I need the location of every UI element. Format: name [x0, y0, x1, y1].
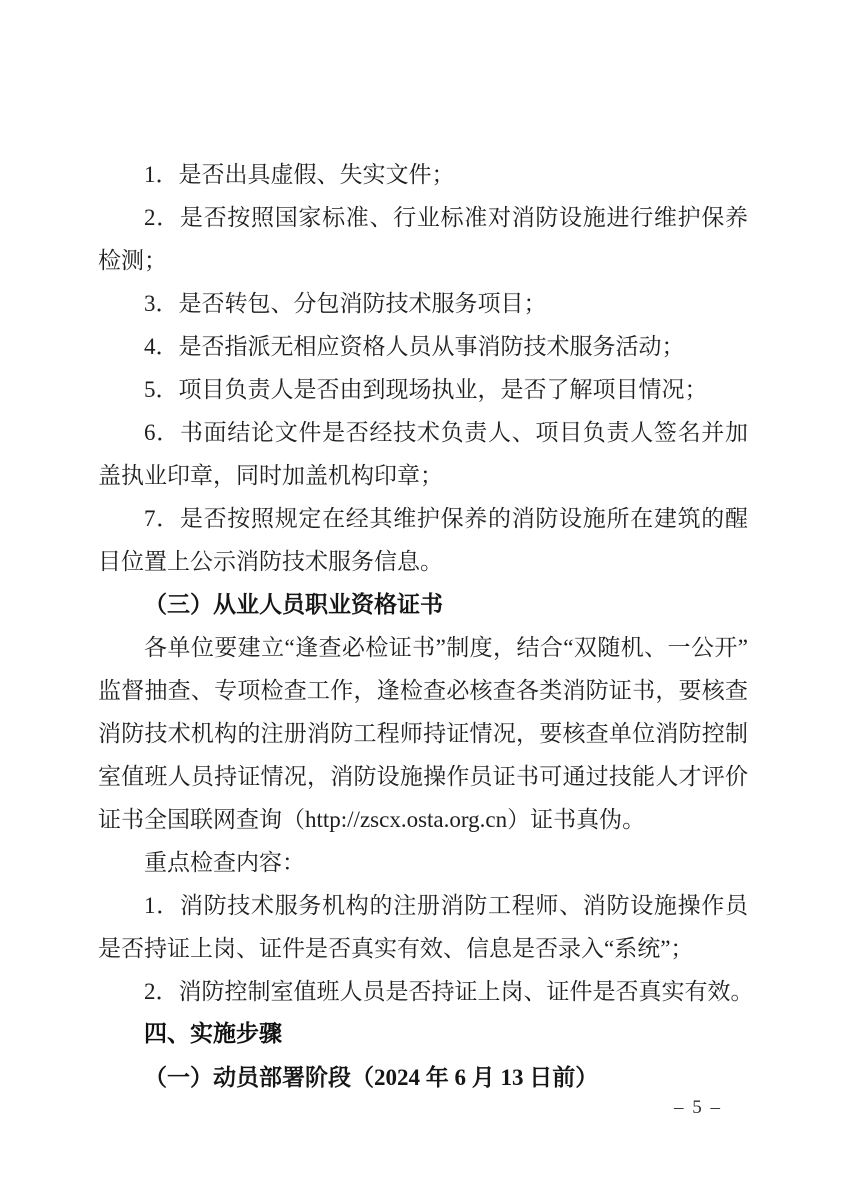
text-line: 3．是否转包、分包消防技术服务项目； [98, 282, 748, 325]
text-line: 4．是否指派无相应资格人员从事消防技术服务活动； [98, 325, 748, 368]
page-number: – 5 – [648, 1096, 748, 1120]
heading-line: （一）动员部署阶段（2024 年 6 月 13 日前） [98, 1056, 748, 1099]
text-line: 监督抽查、专项检查工作，逢检查必核查各类消防证书，要核查 [98, 669, 748, 712]
document-body: 1．是否出具虚假、失实文件；2．是否按照国家标准、行业标准对消防设施进行维护保养… [98, 153, 748, 1099]
text-line: 证书全国联网查询（http://zscx.osta.org.cn）证书真伪。 [98, 798, 748, 841]
text-line: 5．项目负责人是否由到现场执业，是否了解项目情况； [98, 368, 748, 411]
text-line: 消防技术机构的注册消防工程师持证情况，要核查单位消防控制 [98, 712, 748, 755]
text-line: 室值班人员持证情况，消防设施操作员证书可通过技能人才评价 [98, 755, 748, 798]
text-line: 目位置上公示消防技术服务信息。 [98, 540, 748, 583]
text-line: 1．消防技术服务机构的注册消防工程师、消防设施操作员 [98, 884, 748, 927]
text-line: 7．是否按照规定在经其维护保养的消防设施所在建筑的醒 [98, 497, 748, 540]
text-line: 各单位要建立“逢查必检证书”制度，结合“双随机、一公开” [98, 626, 748, 669]
text-line: 盖执业印章，同时加盖机构印章； [98, 454, 748, 497]
text-line: 1．是否出具虚假、失实文件； [98, 153, 748, 196]
text-line: 6．书面结论文件是否经技术负责人、项目负责人签名并加 [98, 411, 748, 454]
text-line: 2．是否按照国家标准、行业标准对消防设施进行维护保养 [98, 196, 748, 239]
text-line: 2．消防控制室值班人员是否持证上岗、证件是否真实有效。 [98, 970, 748, 1013]
document-page: 1．是否出具虚假、失实文件；2．是否按照国家标准、行业标准对消防设施进行维护保养… [0, 0, 850, 1201]
heading-line: （三）从业人员职业资格证书 [98, 583, 748, 626]
text-line: 是否持证上岗、证件是否真实有效、信息是否录入“系统”； [98, 927, 748, 970]
text-line: 检测； [98, 239, 748, 282]
text-line: 重点检查内容： [98, 841, 748, 884]
heading-line: 四、实施步骤 [98, 1013, 748, 1056]
